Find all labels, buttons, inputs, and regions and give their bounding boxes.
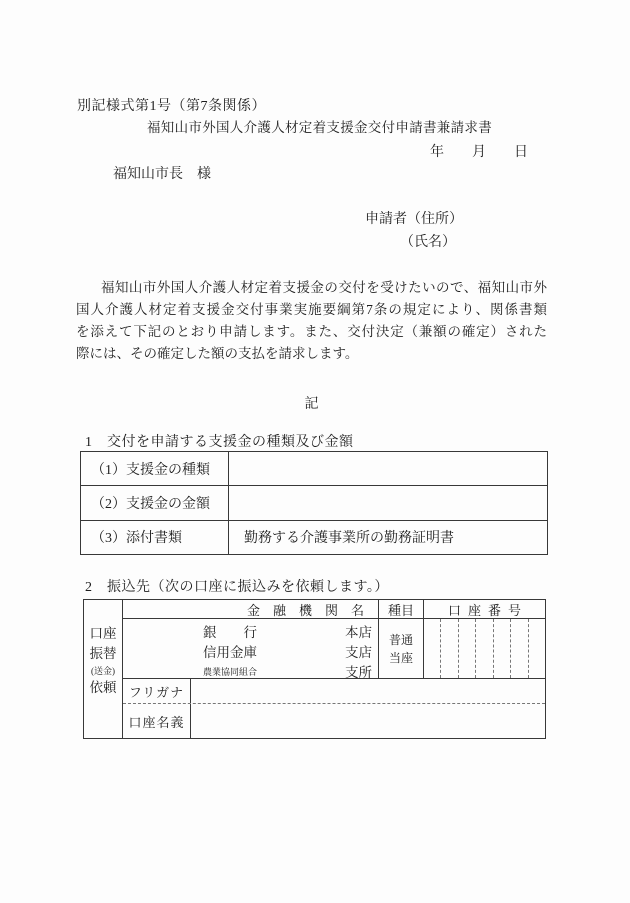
bank-table-main: 金 融 機 関 名 種目 口座番号 銀 行 本店 信用金庫 支店 農業協同組合: [123, 600, 545, 738]
side-label-line: 振替: [90, 644, 117, 664]
bank-option-row: 銀 行 本店: [203, 621, 372, 641]
subsidy-amount-label: （2）支援金の金額: [81, 486, 229, 519]
attachments-label: （3）添付書類: [81, 521, 229, 554]
branch-option-label: 支所: [345, 661, 372, 681]
bank-table-header: 金 融 機 関 名 種目 口座番号: [123, 600, 545, 619]
bank-option-label: 信用金庫: [203, 641, 257, 661]
account-type-header: 種目: [379, 600, 424, 618]
date-line: 年 月 日: [430, 141, 528, 161]
side-label-line: (送金): [91, 664, 115, 678]
account-holder-value-cell[interactable]: [191, 704, 545, 738]
applicant-name-label: （氏名）: [400, 231, 456, 251]
account-type-options: 普通 当座: [379, 619, 424, 678]
furigana-row: フリガナ: [123, 679, 545, 704]
bank-row: 銀 行 本店 信用金庫 支店 農業協同組合 支所 普通 当座: [123, 619, 545, 679]
subsidy-table: （1）支援金の種類 （2）支援金の金額 （3）添付書類 勤務する介護事業所の勤務…: [80, 451, 548, 555]
account-holder-row: 口座名義: [123, 704, 545, 738]
side-label-line: 依頼: [90, 678, 117, 698]
bank-option-row: 信用金庫 支店: [203, 641, 372, 661]
branch-option-label: 本店: [345, 621, 372, 641]
furigana-label: フリガナ: [123, 679, 191, 703]
form-number: 別記様式第1号（第7条関係）: [77, 95, 266, 115]
account-digit-cell[interactable]: [494, 619, 511, 678]
side-label-line: 口座: [90, 624, 117, 644]
application-form-page: 別記様式第1号（第7条関係） 福知山市外国人介護人材定着支援金交付申請書兼請求書…: [0, 0, 630, 903]
furigana-value-cell[interactable]: [191, 679, 545, 703]
body-line: を添えて下記のとおり申請します。また、交付決定（兼額の確定）された: [76, 321, 547, 343]
section1-heading: 1 交付を申請する支援金の種類及び金額: [85, 431, 354, 451]
table-row: （1）支援金の種類: [81, 452, 547, 486]
account-number-header: 口座番号: [424, 600, 545, 618]
subsidy-type-value-cell[interactable]: [229, 452, 547, 485]
account-digit-cell[interactable]: [529, 619, 545, 678]
document-title: 福知山市外国人介護人材定着支援金交付申請書兼請求書: [147, 116, 492, 136]
body-line: 福知山市外国人介護人材定着支援金の交付を受けたいので、福知山市外: [76, 277, 547, 299]
body-line: 際には、その確定した額の支払を請求します。: [76, 343, 547, 365]
subsidy-amount-value-cell[interactable]: [229, 486, 547, 519]
account-digit-cell[interactable]: [424, 619, 441, 678]
account-digit-cell[interactable]: [511, 619, 528, 678]
ki-marker: 記: [76, 393, 547, 413]
bank-option-label: 農業協同組合: [203, 665, 257, 678]
transfer-request-side-label: 口座 振替 (送金) 依頼: [84, 600, 123, 738]
account-digit-cell[interactable]: [476, 619, 493, 678]
table-row: （3）添付書類 勤務する介護事業所の勤務証明書: [81, 521, 547, 554]
applicant-address-label: 申請者（住所）: [365, 208, 463, 228]
addressee-line: 福知山市長 様: [113, 163, 211, 183]
account-type-ordinary: 普通: [389, 633, 413, 647]
account-holder-label: 口座名義: [123, 704, 191, 738]
subsidy-type-label: （1）支援金の種類: [81, 452, 229, 485]
bank-name-options: 銀 行 本店 信用金庫 支店 農業協同組合 支所: [123, 619, 379, 678]
attachments-value: 勤務する介護事業所の勤務証明書: [229, 521, 547, 554]
bank-transfer-table: 口座 振替 (送金) 依頼 金 融 機 関 名 種目 口座番号 銀 行 本店 信…: [83, 599, 546, 739]
account-digit-cell[interactable]: [459, 619, 476, 678]
bank-option-row: 農業協同組合 支所: [203, 661, 372, 681]
account-number-cells: [424, 619, 545, 678]
branch-option-label: 支店: [345, 641, 372, 661]
account-digit-cell[interactable]: [441, 619, 458, 678]
body-paragraph: 福知山市外国人介護人材定着支援金の交付を受けたいので、福知山市外 国人介護人材定…: [76, 277, 547, 365]
section2-heading: 2 振込先（次の口座に振込みを依頼します。）: [85, 576, 389, 596]
body-line: 国人介護人材定着支援金交付事業実施要綱第7条の規定により、関係書類: [76, 299, 547, 321]
financial-institution-header: 金 融 機 関 名: [123, 600, 379, 618]
account-type-current: 当座: [389, 651, 413, 665]
table-row: （2）支援金の金額: [81, 486, 547, 520]
bank-option-label: 銀 行: [203, 621, 257, 641]
